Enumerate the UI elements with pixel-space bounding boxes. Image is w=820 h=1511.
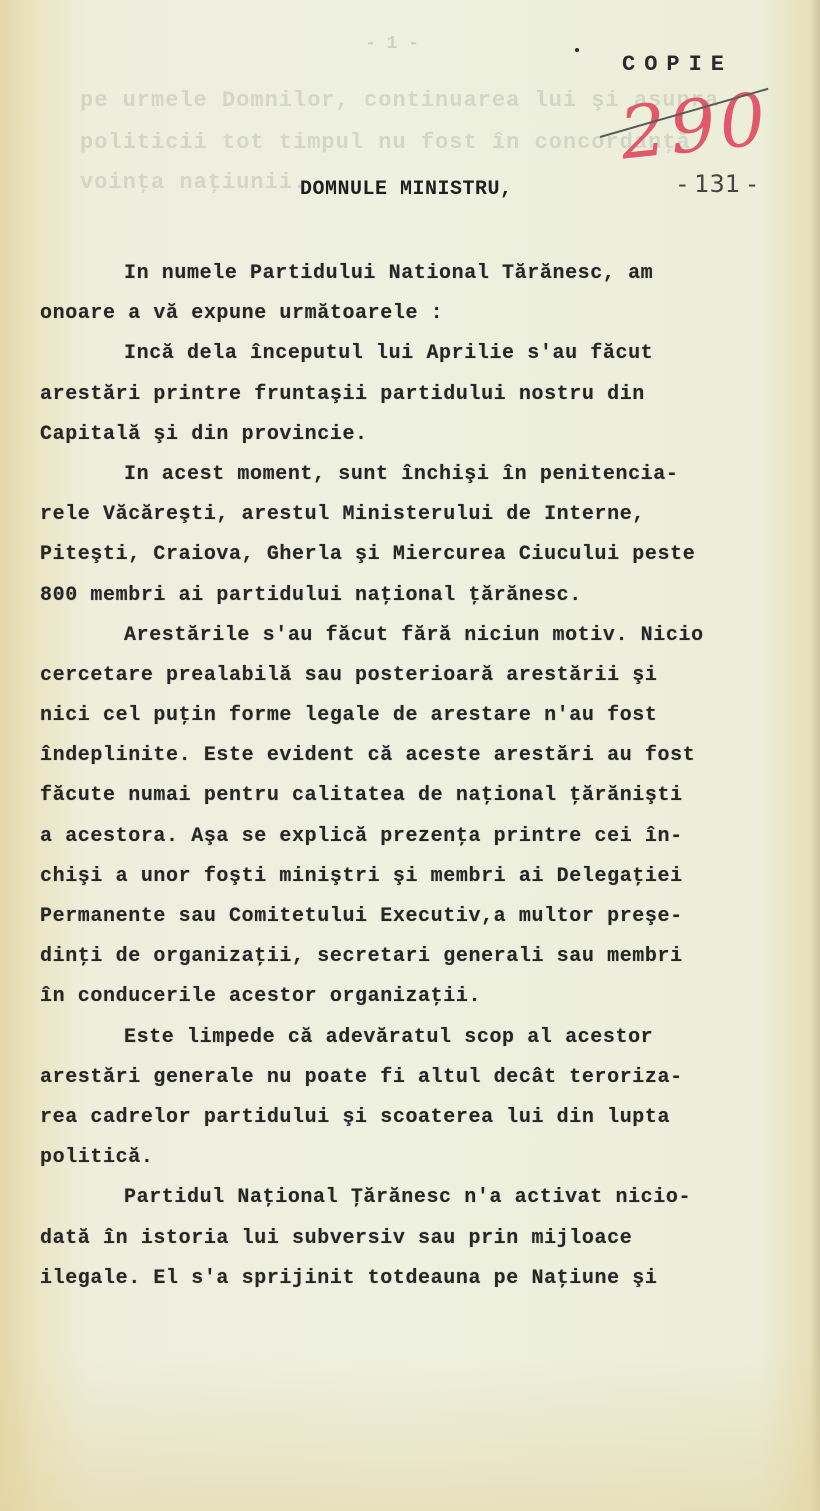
- copy-stamp: COPIE: [622, 52, 733, 77]
- document-page: - 1 - pe urmele Domnilor, continuarea lu…: [0, 0, 820, 1511]
- text-line: în conducerile acestor organizaţii.: [40, 977, 820, 1017]
- text-line: Permanente sau Comitetului Executiv,a mu…: [40, 897, 820, 937]
- letter-body: In numele Partidului National Tărănesc, …: [40, 254, 820, 1299]
- text-line: arestări generale nu poate fi altul decâ…: [40, 1058, 820, 1098]
- text-line: Piteşti, Craiova, Gherla şi Miercurea Ci…: [40, 535, 820, 575]
- text-line: făcute numai pentru calitatea de naţiona…: [40, 776, 820, 816]
- folio-number: - 131 -: [678, 170, 756, 198]
- text-line: Este limpede că adevăratul scop al acest…: [40, 1018, 820, 1058]
- archive-number-annotation: 290: [600, 92, 770, 182]
- text-line: 800 membri ai partidului naţional ţărăne…: [40, 576, 820, 616]
- text-line: îndeplinite. Este evident că aceste ares…: [40, 736, 820, 776]
- text-line: Partidul Naţional Ţărănesc n'a activat n…: [40, 1178, 820, 1218]
- text-line: a acestora. Aşa se explică prezenţa prin…: [40, 817, 820, 857]
- ink-dot: [575, 48, 579, 52]
- text-line: dinţi de organizaţii, secretari generali…: [40, 937, 820, 977]
- text-line: rea cadrelor partidului şi scoaterea lui…: [40, 1098, 820, 1138]
- text-line: arestări printre fruntaşii partidului no…: [40, 375, 820, 415]
- page-marker: - 1 -: [365, 34, 419, 54]
- text-line: Capitală şi din provincie.: [40, 415, 820, 455]
- salutation: DOMNULE MINISTRU,: [300, 178, 513, 201]
- text-line: Incă dela începutul lui Aprilie s'au făc…: [40, 334, 820, 374]
- text-line: politică.: [40, 1138, 820, 1178]
- text-line: chişi a unor foşti miniştri şi membri ai…: [40, 857, 820, 897]
- text-line: Arestările s'au făcut fără niciun motiv.…: [40, 616, 820, 656]
- text-line: In numele Partidului National Tărănesc, …: [40, 254, 820, 294]
- text-line: ilegale. El s'a sprijinit totdeauna pe N…: [40, 1259, 820, 1299]
- text-line: nici cel puţin forme legale de arestare …: [40, 696, 820, 736]
- text-line: In acest moment, sunt închişi în peniten…: [40, 455, 820, 495]
- text-line: rele Văcăreşti, arestul Ministerului de …: [40, 495, 820, 535]
- bleed-through-text: voinţa naţiunii.: [80, 170, 307, 195]
- text-line: onoare a vă expune următoarele :: [40, 294, 820, 334]
- text-line: dată în istoria lui subversiv sau prin m…: [40, 1219, 820, 1259]
- text-line: cercetare prealabilă sau posterioară are…: [40, 656, 820, 696]
